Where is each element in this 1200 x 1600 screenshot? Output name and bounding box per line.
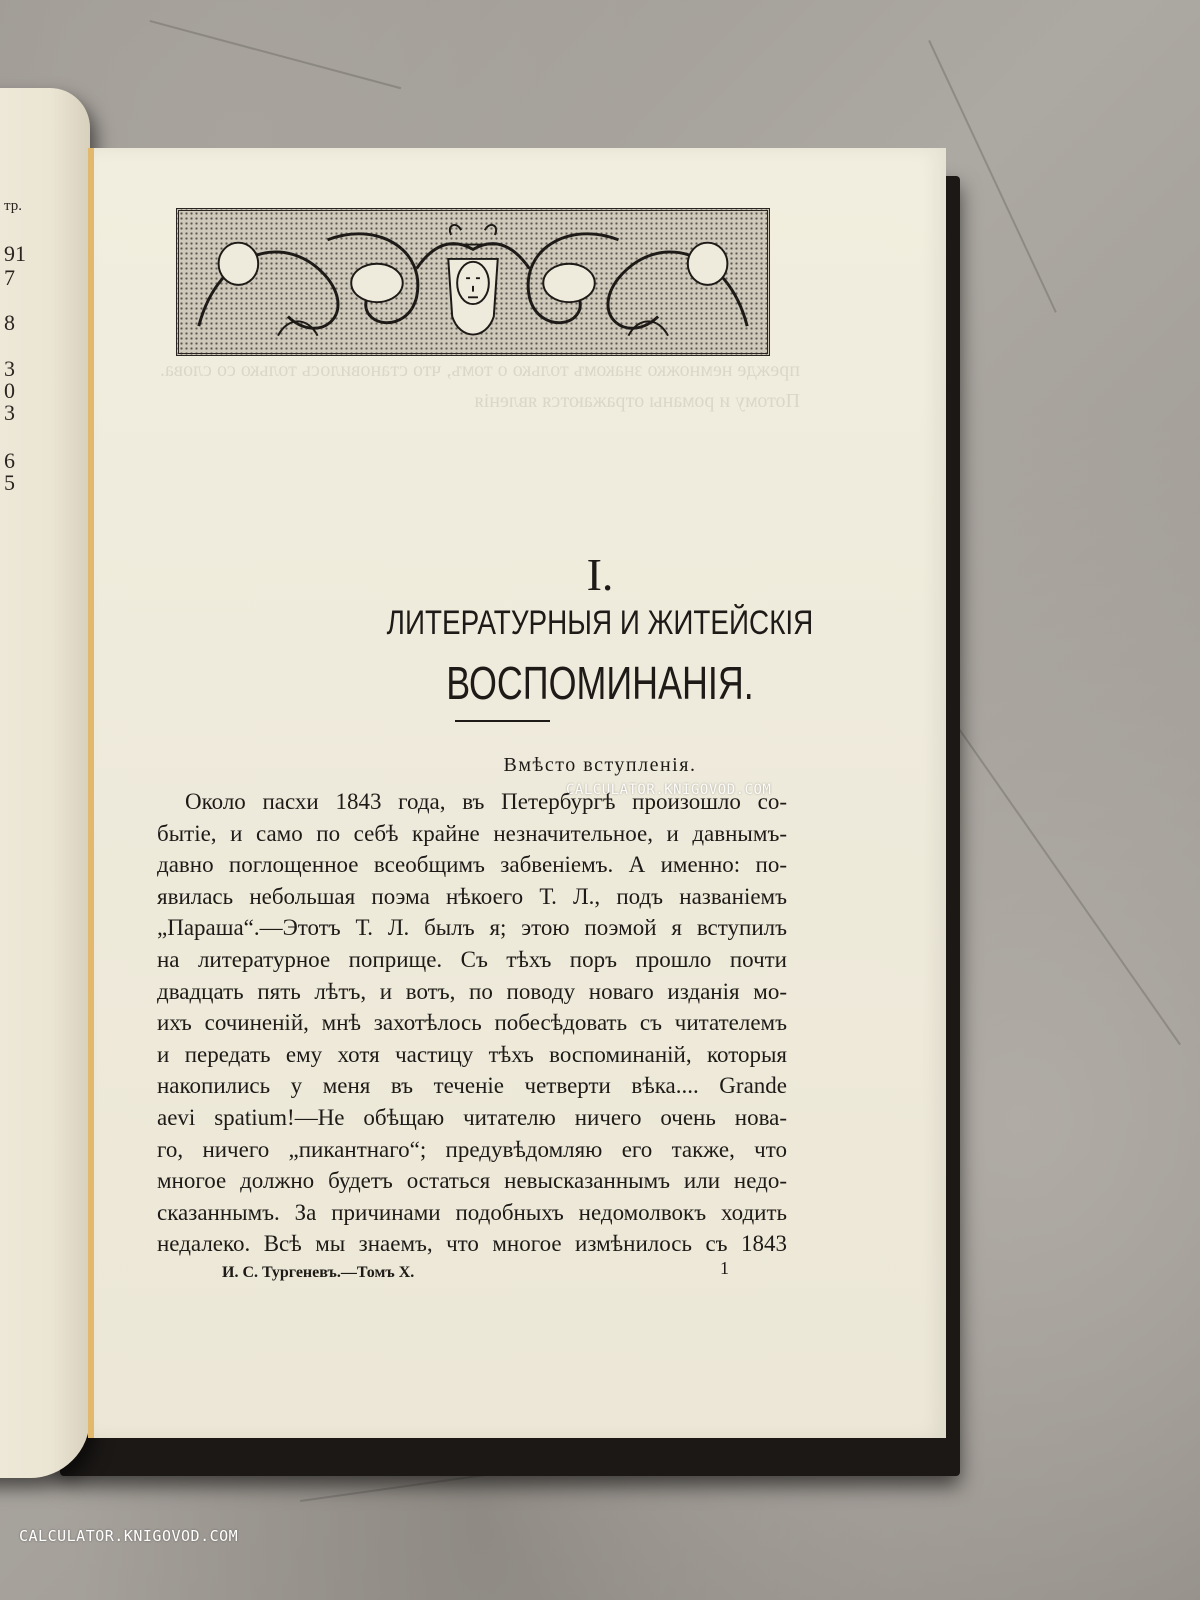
text-line: „Параша“.—Этотъ Т. Л. былъ я; этою поэмо…: [157, 912, 787, 944]
left-page-fragment: 7: [4, 265, 15, 291]
text-line: на литературное поприще. Съ тѣхъ поръ пр…: [157, 944, 787, 976]
left-page-fragment: 3: [4, 400, 15, 426]
left-page: тр. 91 7 8 3 0 3 6 5: [0, 88, 90, 1478]
left-page-fragment: 8: [4, 310, 15, 336]
text-line: сказаннымъ. За причинами подобныхъ недом…: [157, 1197, 787, 1229]
chapter-title-line-2: ВОСПОМИНАНІЯ.: [132, 656, 1068, 710]
page-signature: И. С. Тургеневъ.—Томъ X.: [222, 1264, 414, 1282]
title-rule: [455, 720, 550, 722]
text-line: многое должно будетъ остаться невысказан…: [157, 1165, 787, 1197]
watermark-top: CALCULATOR.KNIGOVOD.COM: [566, 782, 771, 798]
body-text: Около пасхи 1843 года, въ Петербургѣ про…: [157, 786, 787, 1260]
marble-vein: [938, 700, 1181, 1045]
page-number: 1: [720, 1258, 729, 1279]
ornament-icon: [179, 211, 767, 353]
text-line: двадцать пять лѣтъ, и вотъ, по поводу но…: [157, 976, 787, 1008]
chapter-title-line-1: ЛИТЕРАТУРНЫЯ И ЖИТЕЙСКІЯ: [108, 604, 1092, 643]
chapter-number: I.: [0, 548, 1200, 601]
watermark-bottom: CALCULATOR.KNIGOVOD.COM: [19, 1527, 238, 1545]
text-line: явилась небольшая поэма нѣкоего Т. Л., п…: [157, 881, 787, 913]
text-line: ихъ сочиненій, мнѣ захотѣлось побесѣдова…: [157, 1007, 787, 1039]
text-line: бытіе, и само по себѣ крайне незначитель…: [157, 818, 787, 850]
left-page-fragment: 91: [4, 241, 26, 267]
chapter-subtitle: Вмѣсто вступленія.: [0, 754, 1200, 777]
text-line: и передать ему хотя частицу тѣхъ воспоми…: [157, 1039, 787, 1071]
text-line: aevi spatium!—Не обѣщаю читателю ничего …: [157, 1102, 787, 1134]
left-page-fragment: тр.: [4, 198, 22, 215]
text-line: накопились у меня въ теченіе четверти вѣ…: [157, 1070, 787, 1102]
marble-vein: [149, 20, 401, 89]
text-line: давно поглощенное всеобщимъ забвеніемъ. …: [157, 849, 787, 881]
left-page-fragment: 5: [4, 470, 15, 496]
text-line: недалеко. Всѣ мы знаемъ, что многое измѣ…: [157, 1228, 787, 1260]
ornamental-headpiece: [176, 208, 770, 356]
text-line: го, ничего „пикантнаго“; предувѣдомляю е…: [157, 1134, 787, 1166]
